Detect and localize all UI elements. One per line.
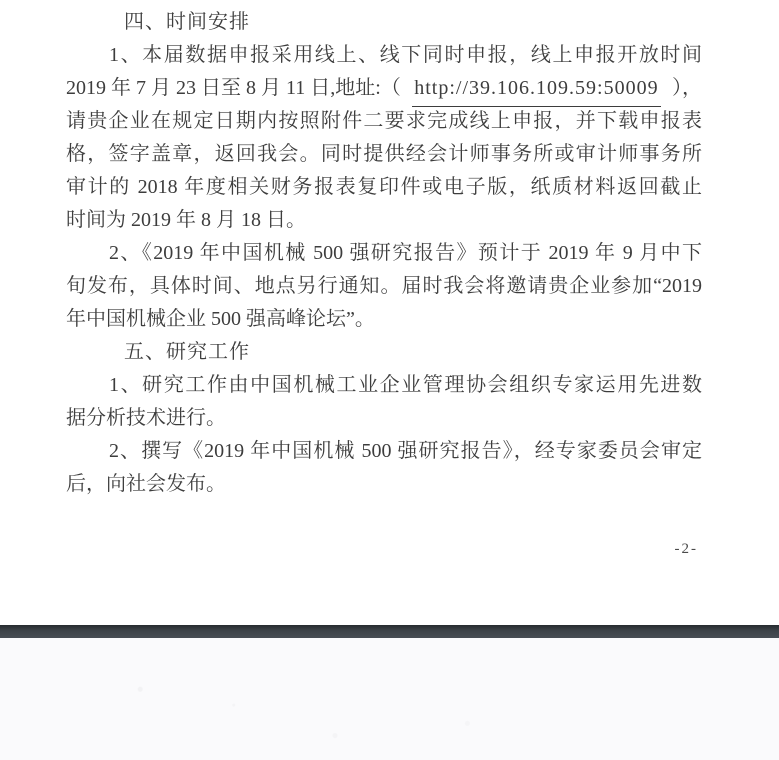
page-gap-band bbox=[0, 625, 779, 638]
next-page-top-edge bbox=[0, 638, 779, 760]
text-line: 1、研究工作由中国机械工业企业管理协会组织专家运用先进数 bbox=[66, 369, 702, 402]
page-text-block: 四、时间安排 1、本届数据申报采用线上、线下同时申报，线上申报开放时间 2019… bbox=[66, 6, 702, 501]
text-line: 请贵企业在规定日期内按照附件二要求完成线上申报，并下载申报表 bbox=[66, 105, 702, 138]
url-line-prefix: 2019 年 7 月 23 日至 8 月 11 日,地址:（ bbox=[66, 72, 401, 105]
section-heading-5: 五、研究工作 bbox=[66, 336, 702, 369]
text-line: 旬发布，具体时间、地点另行通知。届时我会将邀请贵企业参加“2019 bbox=[66, 270, 702, 303]
text-line: 据分析技术进行。 bbox=[66, 402, 702, 435]
text-line-with-url: 2019 年 7 月 23 日至 8 月 11 日,地址:（ http://39… bbox=[66, 72, 702, 105]
url-link: http://39.106.109.59:50009 bbox=[412, 72, 660, 107]
text-line: 2、《2019 年中国机械 500 强研究报告》预计于 2019 年 9 月中下 bbox=[66, 237, 702, 270]
section-heading-4: 四、时间安排 bbox=[66, 6, 702, 39]
text-line: 1、本届数据申报采用线上、线下同时申报，线上申报开放时间 bbox=[66, 39, 702, 72]
url-line-suffix: ）， bbox=[672, 72, 702, 105]
page-number: -2- bbox=[675, 541, 699, 558]
text-line: 格，签字盖章，返回我会。同时提供经会计师事务所或审计师事务所 bbox=[66, 138, 702, 171]
scanned-page-2: 四、时间安排 1、本届数据申报采用线上、线下同时申报，线上申报开放时间 2019… bbox=[0, 0, 779, 625]
text-line: 2、撰写《2019 年中国机械 500 强研究报告》，经专家委员会审定 bbox=[66, 435, 702, 468]
text-line: 时间为 2019 年 8 月 18 日。 bbox=[66, 204, 702, 237]
text-line: 审计的 2018 年度相关财务报表复印件或电子版，纸质材料返回截止 bbox=[66, 171, 702, 204]
text-line: 年中国机械企业 500 强高峰论坛”。 bbox=[66, 303, 702, 336]
text-line: 后，向社会发布。 bbox=[66, 468, 702, 501]
document-viewer: 四、时间安排 1、本届数据申报采用线上、线下同时申报，线上申报开放时间 2019… bbox=[0, 0, 779, 760]
